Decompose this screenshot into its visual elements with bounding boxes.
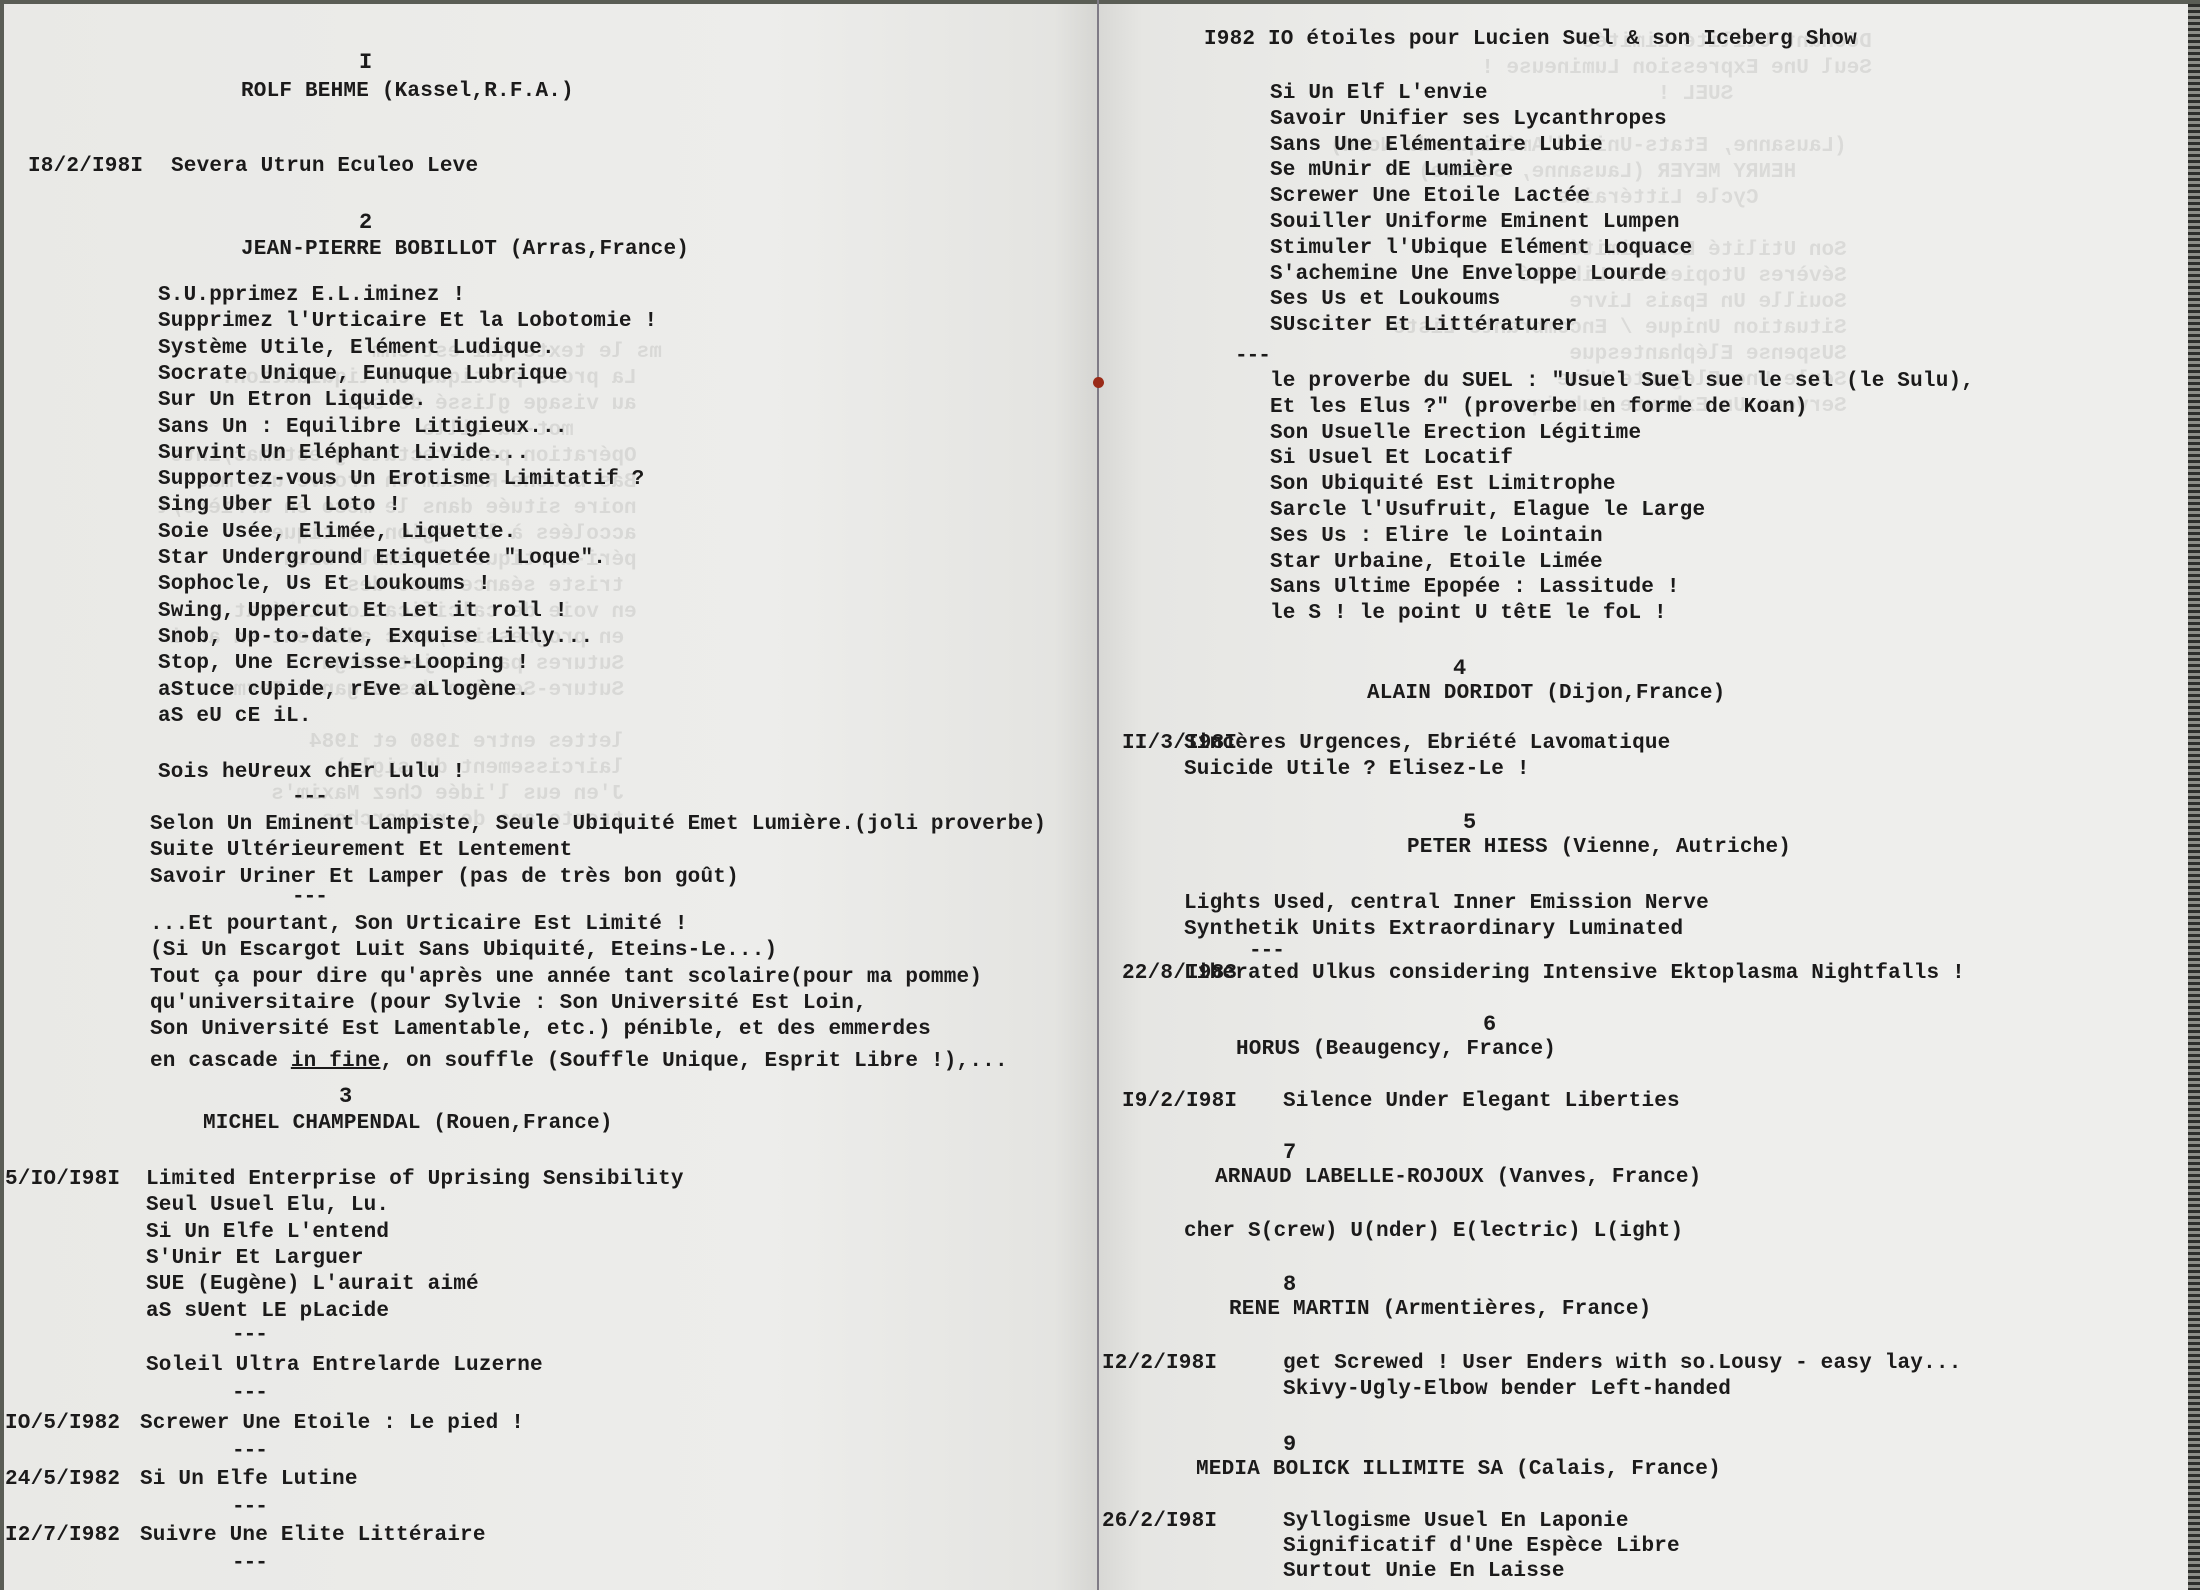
poem-line: Supprimez l'Urticaire Et la Lobotomie ! <box>158 310 657 333</box>
section-number: 7 <box>1283 1140 1296 1165</box>
book-spine <box>1097 0 1099 1590</box>
entry-line: cher S(crew) U(nder) E(lectric) L(ight) <box>1184 1220 1683 1243</box>
poem-line: Tout ça pour dire qu'après une année tan… <box>150 966 982 989</box>
section-number: 2 <box>359 210 372 235</box>
poem-line: Savoir Uriner Et Lamper (pas de très bon… <box>150 866 739 889</box>
entry-line: Silence Under Elegant Liberties <box>1283 1090 1680 1113</box>
entry-line: Limited Enterprise of Uprising Sensibili… <box>146 1168 684 1191</box>
star-line: Savoir Unifier ses Lycanthropes <box>1270 108 1667 131</box>
poem-line: Sing Uber El Loto ! <box>158 494 401 517</box>
poem-line: ...Et pourtant, Son Urticaire Est Limité… <box>150 913 688 936</box>
entry-date: 24/5/I982 <box>5 1468 120 1491</box>
author-heading: ROLF BEHME (Kassel,R.F.A.) <box>241 80 574 103</box>
entry-date: IO/5/I982 <box>5 1412 120 1435</box>
star-line: Sans Une Elémentaire Lubie <box>1270 134 1603 157</box>
entry-line: Seul Usuel Elu, Lu. <box>146 1194 389 1217</box>
entry-line: Sincères Urgences, Ebriété Lavomatique <box>1184 732 1670 755</box>
poem-line: Star Underground Etiquetée "Loque". <box>158 547 606 570</box>
separator: --- <box>292 786 327 809</box>
star-line: Screwer Une Etoile Lactée <box>1270 185 1590 208</box>
entry-line: Surtout Unie En Laisse <box>1283 1560 1565 1583</box>
poem-line: Snob, Up-to-date, Exquise Lilly... <box>158 626 593 649</box>
star-line: Si Un Elf L'envie <box>1270 82 1488 105</box>
star-line: Stimuler l'Ubique Elément Loquace <box>1270 237 1692 260</box>
separator: --- <box>232 1552 267 1575</box>
entry-line: Liberated Ulkus considering Intensive Ek… <box>1184 962 1965 985</box>
poem-line: Soie Usée, Elimée, Liquette. <box>158 521 516 544</box>
separator: --- <box>292 886 327 909</box>
proverb-line: Star Urbaine, Etoile Limée <box>1270 551 1603 574</box>
poem-line: (Si Un Escargot Luit Sans Ubiquité, Etei… <box>150 939 777 962</box>
author-heading: MICHEL CHAMPENDAL (Rouen,France) <box>203 1112 613 1135</box>
entry-line: get Screwed ! User Enders with so.Lousy … <box>1283 1352 1962 1375</box>
entry-line: Skivy-Ugly-Elbow bender Left-handed <box>1283 1378 1731 1401</box>
star-line: Ses Us et Loukoums <box>1270 288 1500 311</box>
right-page-heading: I982 IO étoiles pour Lucien Suel & son I… <box>1204 28 1857 51</box>
entry-line: Lights Used, central Inner Emission Nerv… <box>1184 892 1709 915</box>
entry-line: Screwer Une Etoile : Le pied ! <box>140 1412 524 1435</box>
entry-date: I8/2/I98I <box>28 155 143 178</box>
entry-line: Synthetik Units Extraordinary Luminated <box>1184 918 1683 941</box>
poem-line: Selon Un Eminent Lampiste, Seule Ubiquit… <box>150 813 1046 836</box>
poem-line: Son Université Est Lamentable, etc.) pén… <box>150 1018 931 1041</box>
separator: --- <box>232 1496 267 1519</box>
proverb-line: Ses Us : Elire le Lointain <box>1270 525 1603 548</box>
author-heading: ALAIN DORIDOT (Dijon,France) <box>1367 682 1725 705</box>
proverb-line: Son Usuelle Erection Légitime <box>1270 422 1641 445</box>
poem-line: Sophocle, Us Et Loukoums ! <box>158 573 491 596</box>
poem-line: Suite Ultérieurement Et Lentement <box>150 839 572 862</box>
section-number: 3 <box>339 1084 352 1109</box>
entry-line: SUE (Eugène) L'aurait aimé <box>146 1273 479 1296</box>
author-heading: JEAN-PIERRE BOBILLOT (Arras,France) <box>241 238 689 261</box>
entry-line: Suicide Utile ? Elisez-Le ! <box>1184 758 1530 781</box>
entry-line: Significatif d'Une Espèce Libre <box>1283 1535 1680 1558</box>
separator: --- <box>1235 345 1270 368</box>
author-heading: ARNAUD LABELLE-ROJOUX (Vanves, France) <box>1215 1166 1701 1189</box>
ink-spot <box>1093 377 1104 388</box>
proverb-line: Sarcle l'Usufruit, Elague le Large <box>1270 499 1705 522</box>
poem-line: Sans Un : Equilibre Litigieux... <box>158 416 568 439</box>
star-line: SUsciter Et Littératurer <box>1270 314 1577 337</box>
entry-line: Suivre Une Elite Littéraire <box>140 1524 486 1547</box>
section-number: 6 <box>1483 1012 1496 1037</box>
proverb-line: Sans Ultime Epopée : Lassitude ! <box>1270 576 1680 599</box>
section-number: 9 <box>1283 1432 1296 1457</box>
page-edge <box>2188 4 2200 1590</box>
poem-line: Sur Un Etron Liquide. <box>158 389 427 412</box>
separator: --- <box>232 1382 267 1405</box>
author-heading: MEDIA BOLICK ILLIMITE SA (Calais, France… <box>1196 1458 1721 1481</box>
poem-line: S.U.pprimez E.L.iminez ! <box>158 284 465 307</box>
entry-date: 26/2/I98I <box>1102 1510 1217 1533</box>
entry-date: I9/2/I98I <box>1122 1090 1237 1113</box>
entry-line: Si Un Elfe L'entend <box>146 1221 389 1244</box>
proverb-line: le S ! le point U têtE le foL ! <box>1270 602 1667 625</box>
poem-line: Survint Un Eléphant Livide... <box>158 442 529 465</box>
entry-line: Syllogisme Usuel En Laponie <box>1283 1510 1629 1533</box>
proverb-line: Si Usuel Et Locatif <box>1270 447 1513 470</box>
book-spread: ms le texte qui est enm La prose poetiqu… <box>0 0 2200 1590</box>
poem-line: aS eU cE iL. <box>158 705 312 728</box>
poem-line: qu'universitaire (pour Sylvie : Son Univ… <box>150 992 867 1015</box>
closing-line: en cascade in fine, on souffle (Souffle … <box>150 1050 1008 1073</box>
underlined-phrase: in fine <box>291 1050 381 1073</box>
entry-date: 5/IO/I98I <box>5 1168 120 1191</box>
entry-line: S'Unir Et Larguer <box>146 1247 364 1270</box>
poem-line: Système Utile, Elément Ludique. <box>158 337 555 360</box>
entry-date: I2/2/I98I <box>1102 1352 1217 1375</box>
proverb-line: le proverbe du SUEL : "Usuel Suel sue le… <box>1270 370 1974 393</box>
poem-line: aStuce cUpide, rEve aLlogène. <box>158 679 529 702</box>
poem-line: Supportez-vous Un Erotisme Limitatif ? <box>158 468 644 491</box>
entry-line: Severa Utrun Eculeo Leve <box>171 155 478 178</box>
proverb-line: Son Ubiquité Est Limitrophe <box>1270 473 1616 496</box>
greeting-line: Sois heUreux chEr Lulu ! <box>158 761 465 784</box>
section-number: 8 <box>1283 1272 1296 1297</box>
separator: --- <box>232 1324 267 1347</box>
star-line: Se mUnir dE Lumière <box>1270 159 1513 182</box>
entry-line: Soleil Ultra Entrelarde Luzerne <box>146 1354 543 1377</box>
author-heading: HORUS (Beaugency, France) <box>1236 1038 1556 1061</box>
section-number: 4 <box>1453 656 1466 681</box>
separator: --- <box>232 1440 267 1463</box>
star-line: S'achemine Une Enveloppe Lourde <box>1270 263 1667 286</box>
author-heading: RENE MARTIN (Armentières, France) <box>1229 1298 1651 1321</box>
section-number: 5 <box>1463 810 1476 835</box>
proverb-line: Et les Elus ?" (proverbe en forme de Koa… <box>1270 396 1808 419</box>
entry-date: I2/7/I982 <box>5 1524 120 1547</box>
poem-line: Swing, Uppercut Et Let it roll ! <box>158 600 568 623</box>
entry-line: Si Un Elfe Lutine <box>140 1468 358 1491</box>
section-number: I <box>359 50 372 75</box>
separator: --- <box>1249 940 1284 963</box>
entry-line: aS sUent LE pLacide <box>146 1300 389 1323</box>
author-heading: PETER HIESS (Vienne, Autriche) <box>1407 836 1791 859</box>
poem-line: Stop, Une Ecrevisse-Looping ! <box>158 652 529 675</box>
poem-line: Socrate Unique, Eunuque Lubrique <box>158 363 568 386</box>
star-line: Souiller Uniforme Eminent Lumpen <box>1270 211 1680 234</box>
